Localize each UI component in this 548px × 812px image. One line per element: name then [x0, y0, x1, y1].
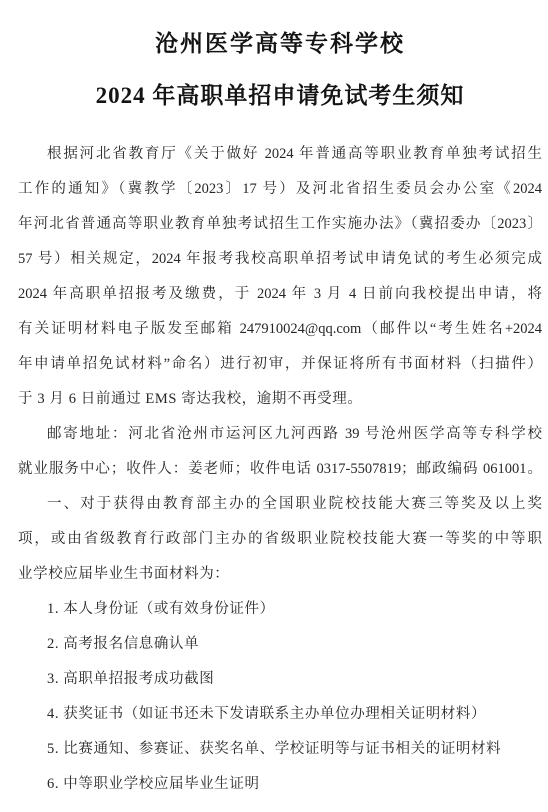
body-line: 工作的通知》（冀教学〔2023〕17 号）及河北省招生委员会办公室《2024 [18, 172, 542, 207]
body-line: 2. 高考报名信息确认单 [18, 627, 542, 662]
body-line: 3. 高职单招报考成功截图 [18, 662, 542, 697]
body-line: 年河北省普通高等职业教育单独考试招生工作实施办法》（冀招委办〔2023〕 [18, 207, 542, 242]
body-line: 1. 本人身份证（或有效身份证件） [18, 592, 542, 627]
body-line: 就业服务中心；收件人：姜老师；收件电话 0317-5507819；邮政编码 06… [18, 452, 542, 487]
body-line: 2024 年高职单招报考及缴费，于 2024 年 3 月 4 日前向我校提出申请… [18, 277, 542, 312]
document-subtitle: 2024 年高职单招申请免试考生须知 [18, 81, 542, 111]
body-line: 一、对于获得由教育部主办的全国职业院校技能大赛三等奖及以上奖 [18, 487, 542, 522]
body-line: 有关证明材料电子版发至邮箱 247910024@qq.com（邮件以“考生姓名+… [18, 312, 542, 347]
body-line: 根据河北省教育厅《关于做好 2024 年普通高等职业教育单独考试招生 [18, 137, 542, 172]
notice-document: 沧州医学高等专科学校 2024 年高职单招申请免试考生须知 根据河北省教育厅《关… [0, 0, 548, 812]
body-line: 年申请单招免试材料”命名）进行初审，并保证将所有书面材料（扫描件） [18, 347, 542, 382]
body-line: 4. 获奖证书（如证书还未下发请联系主办单位办理相关证明材料） [18, 697, 542, 732]
document-body: 根据河北省教育厅《关于做好 2024 年普通高等职业教育单独考试招生工作的通知》… [18, 137, 542, 802]
body-line: 邮寄地址：河北省沧州市运河区九河西路 39 号沧州医学高等专科学校 [18, 417, 542, 452]
body-line: 项，或由省级教育行政部门主办的省级职业院校技能大赛一等奖的中等职 [18, 522, 542, 557]
document-title: 沧州医学高等专科学校 [18, 29, 542, 59]
body-line: 5. 比赛通知、参赛证、获奖名单、学校证明等与证书相关的证明材料 [18, 732, 542, 767]
body-line: 业学校应届毕业生书面材料为： [18, 557, 542, 592]
body-line: 57 号）相关规定，2024 年报考我校高职单招考试申请免试的考生必须完成 [18, 242, 542, 277]
body-line: 6. 中等职业学校应届毕业生证明 [18, 767, 542, 802]
body-line: 于 3 月 6 日前通过 EMS 寄达我校，逾期不再受理。 [18, 382, 542, 417]
